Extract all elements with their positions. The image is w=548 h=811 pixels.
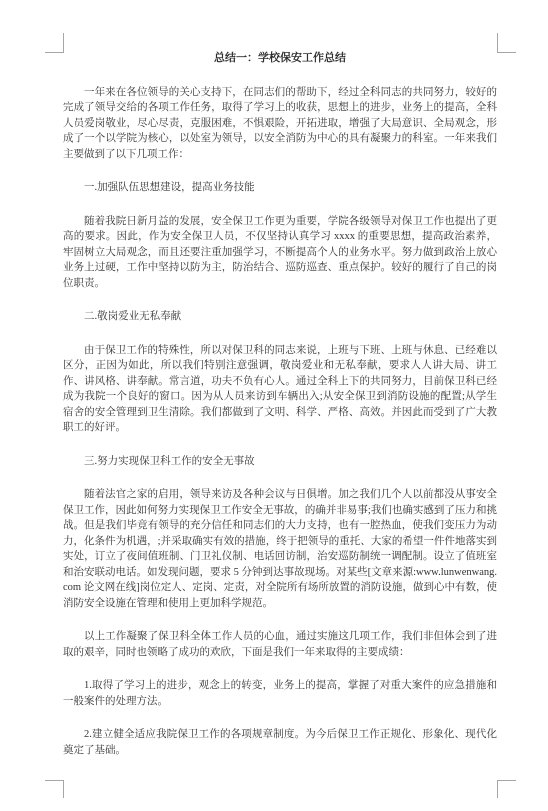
paragraph-section-2: 由于保卫工作的特殊性，所以对保卫科的同志来说，上班与下班、上班与休息、已经难以区… — [63, 343, 497, 436]
section-heading-2: 二.敬岗爱业无私奉献 — [63, 309, 497, 325]
text-boundary-mark-bottom-left-icon — [45, 780, 64, 798]
paragraph-intro: 一年来在各位领导的关心支持下，在同志们的帮助下，经过全科同志的共同努力，较好的完… — [63, 85, 497, 163]
achievement-item-2: 2.建立健全适应我院保卫工作的各项规章制度。为今后保卫工作正规化、形象化、现代化… — [63, 727, 497, 758]
paragraph-section-3: 随着法官之家的启用，领导来访及各种会议与日俱增。加之我们几个人以前都没从事安全保… — [63, 487, 497, 611]
document-title: 总结一：学校保安工作总结 — [63, 51, 497, 67]
document-page: 总结一：学校保安工作总结 一年来在各位领导的关心支持下，在同志们的帮助下，经过全… — [0, 0, 548, 811]
section-heading-3: 三.努力实现保卫科工作的安全无事故 — [63, 454, 497, 470]
section-heading-1: 一.加强队伍思想建设，提高业务技能 — [63, 180, 497, 196]
document-content: 总结一：学校保安工作总结 一年来在各位领导的关心支持下，在同志们的帮助下，经过全… — [63, 51, 497, 758]
achievement-item-1: 1.取得了学习上的进步，观念上的转变，业务上的提高，掌握了对重大案件的应急措施和… — [63, 678, 497, 709]
text-boundary-mark-bottom-right-icon — [497, 780, 516, 798]
text-boundary-mark-top-right-icon — [497, 33, 516, 53]
text-boundary-mark-top-left-icon — [45, 33, 64, 53]
paragraph-section-1: 随着我院日新月益的发展，安全保卫工作更为重要，学院各级领导对保卫工作也提出了更高… — [63, 214, 497, 292]
paragraph-summary: 以上工作凝聚了保卫科全体工作人员的心血，通过实施这几项工作，我们非但体会到了进取… — [63, 629, 497, 660]
